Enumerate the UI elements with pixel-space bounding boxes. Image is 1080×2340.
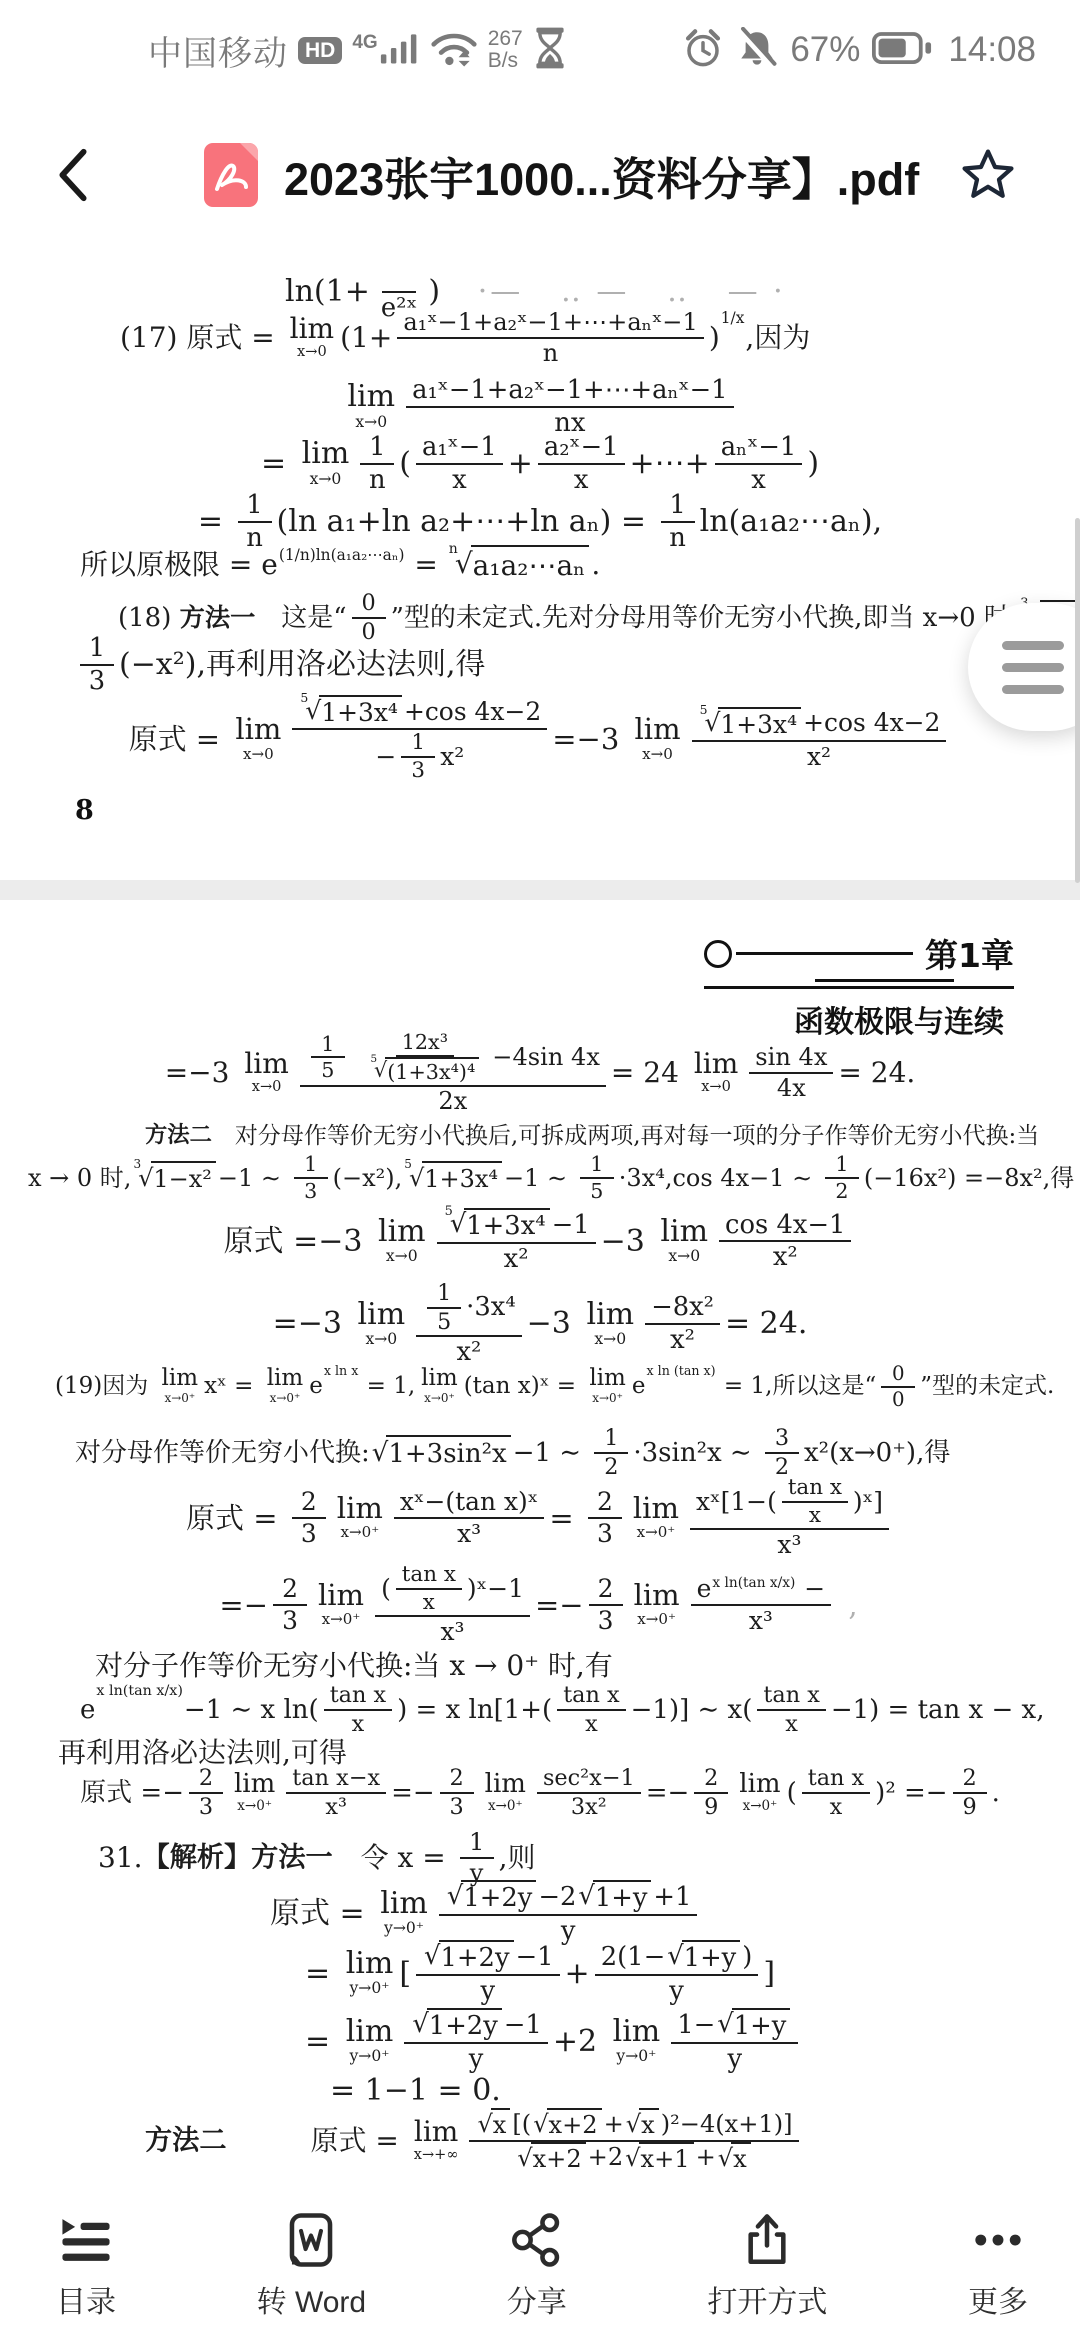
alarm-clock-icon — [682, 27, 724, 74]
pdf-file-icon — [204, 143, 258, 207]
bell-muted-icon — [736, 27, 778, 74]
bottom-toolbar: 目录 转 Word 分享 打开方式 — [0, 2205, 1080, 2340]
chapter-underline — [704, 986, 1014, 989]
chapter-line-decoration — [736, 952, 913, 955]
pdf-page-9: 第1章 函数极限与连续 =−3 limx→015 12x³5√(1+3x⁴)⁴−… — [0, 900, 1080, 2175]
formula-line: x → 0 时,3√1−x²−1 ∼ 13(−x²),5√1+3x⁴−1 ∼ 1… — [28, 1152, 1074, 1204]
formula-line: =−3 limx→015·3x⁴x²−3 limx→0−8x²x²= 24. — [0, 1280, 1080, 1368]
chapter-circle-decoration — [704, 940, 732, 968]
chapter-underline-short — [815, 979, 955, 982]
toolbar-item-more[interactable]: 更多 — [968, 2211, 1028, 2340]
carrier-name: 中国移动 — [148, 26, 288, 75]
formula-line: = 1−1 = 0. — [330, 2072, 501, 2110]
formula-line: = limy→0⁺[√1+2y−1y+2(1−√1+y)y] — [305, 1940, 775, 2007]
share-icon — [508, 2211, 566, 2269]
volte-hd-icon: HD — [298, 37, 342, 64]
clock-time: 14:08 — [948, 30, 1036, 70]
formula-line: 原式 = limx→05√1+3x⁴+cos 4x−2−13x²=−3 limx… — [0, 695, 1080, 783]
pdf-page-8: ln(1+ e²ˣ) ·— ‥ — ‥ — · (17) 原式 = limx→0… — [0, 250, 1080, 880]
document-title: 2023张宇1000...资料分享】.pdf — [284, 143, 919, 208]
toolbar-label: 转 Word — [257, 2277, 366, 2321]
chapter-title: 第1章 — [925, 930, 1014, 977]
favorite-star-button[interactable] — [958, 145, 1018, 205]
formula-line: limx→0a₁ˣ−1+a₂ˣ−1+⋯+aₙˣ−1nx — [0, 375, 1080, 439]
status-bar: 中国移动 HD 4G — [0, 0, 1080, 100]
to-word-icon — [282, 2211, 340, 2269]
toolbar-item-toc[interactable]: 目录 — [56, 2211, 116, 2340]
toc-icon — [57, 2211, 115, 2269]
formula-line: 对分母作等价无穷小代换:√1+3sin²x−1 ∼ 12·3sin²x ∼ 32… — [75, 1425, 950, 1481]
formula-line: (19)因为 limx→0⁺xˣ = limx→0⁺ex ln x = 1,li… — [55, 1362, 1054, 1411]
formula-line: 13(−x²),再利用洛必达法则,得 — [75, 633, 486, 697]
chapter-heading: 第1章 函数极限与连续 — [704, 930, 1014, 1041]
hourglass-icon — [533, 27, 567, 74]
phone-screen: 中国移动 HD 4G — [0, 0, 1080, 2340]
back-button[interactable] — [56, 145, 96, 205]
signal-bars-icon — [380, 31, 420, 70]
formula-line: = limy→0⁺√1+2y−1y+2 limy→0⁺1−√1+yy — [305, 2008, 803, 2075]
hamburger-icon — [1002, 641, 1064, 650]
more-dots-icon — [969, 2211, 1027, 2269]
formula-line: =−23limx→0⁺(tan xx)ˣ−1x³=−23limx→0⁺ex ln… — [0, 1562, 1080, 1647]
chevron-left-icon — [56, 146, 90, 204]
formula-line: 原式 = limy→0⁺√1+2y−2√1+y+1y — [270, 1880, 702, 1947]
pdf-viewport[interactable]: ln(1+ e²ˣ) ·— ‥ — ‥ — · (17) 原式 = limx→0… — [0, 250, 1080, 2205]
toolbar-item-share[interactable]: 分享 — [507, 2211, 567, 2340]
toolbar-label: 打开方式 — [707, 2277, 827, 2321]
formula-line: 方法二 对分母作等价无穷小代换后,可拆成两项,再对每一项的分子作等价无穷小代换:… — [145, 1122, 1039, 1151]
formula-line: 原式 = 23limx→0⁺xˣ−(tan x)ˣx³= 23limx→0⁺xˣ… — [0, 1475, 1080, 1560]
speed-value: 267 — [488, 28, 523, 50]
toolbar-label: 更多 — [968, 2277, 1028, 2321]
star-icon — [958, 145, 1018, 205]
formula-line: 对分子作等价无穷小代换:当 x → 0⁺ 时,有 — [95, 1648, 613, 1683]
formula-line: 31.【解析】方法一 令 x = 1y,则 — [98, 1828, 536, 1888]
formula-line: = limx→01n(a₁ˣ−1x+a₂ˣ−1x+⋯+aₙˣ−1x) — [0, 432, 1080, 496]
scrollbar[interactable] — [1075, 518, 1080, 883]
speed-unit: B/s — [488, 50, 523, 72]
battery-percent: 67% — [790, 30, 860, 70]
toolbar-label: 分享 — [507, 2277, 567, 2321]
open-with-icon — [738, 2211, 796, 2269]
page-separator — [0, 880, 1080, 900]
status-left-group: 中国移动 HD 4G — [148, 26, 567, 75]
toolbar-item-to-word[interactable]: 转 Word — [257, 2211, 366, 2340]
page-number: 8 — [75, 795, 94, 826]
network-type-label: 4G — [352, 33, 377, 52]
formula-line: ex ln(tan x/x)−1 ∼ x ln(tan xx) = x ln[1… — [80, 1682, 1044, 1738]
formula-line: =−3 limx→015 12x³5√(1+3x⁴)⁴−4sin 4x2x= 2… — [0, 1030, 1080, 1116]
app-header: 2023张宇1000...资料分享】.pdf — [0, 100, 1080, 250]
formula-line: 所以原极限 = e(1/n)ln(a₁a₂⋯aₙ) = n√a₁a₂⋯aₙ. — [80, 545, 600, 583]
cell-signal: 4G — [352, 31, 419, 70]
formula-line: 原式 =−3 limx→05√1+3x⁴−1x²−3 limx→0cos 4x−… — [0, 1208, 1080, 1275]
toolbar-label: 目录 — [56, 2277, 116, 2321]
status-right-group: 67% 14:08 — [682, 27, 1036, 74]
formula-line: (17) 原式 = limx→0(1+a₁ˣ−1+a₂ˣ−1+⋯+aₙˣ−1n)… — [120, 308, 810, 368]
toolbar-item-open-with[interactable]: 打开方式 — [707, 2211, 827, 2340]
formula-line: 原式 =−23limx→0⁺tan x−xx³=−23limx→0⁺sec²x−… — [0, 1765, 1080, 1821]
formula-line: 方法二 原式 = limx→+∞√x[(√x+2+√x)²−4(x+1)]√x+… — [145, 2108, 804, 2174]
wifi-icon — [430, 29, 478, 72]
network-speed: 267 B/s — [488, 28, 523, 72]
battery-icon — [872, 32, 932, 69]
